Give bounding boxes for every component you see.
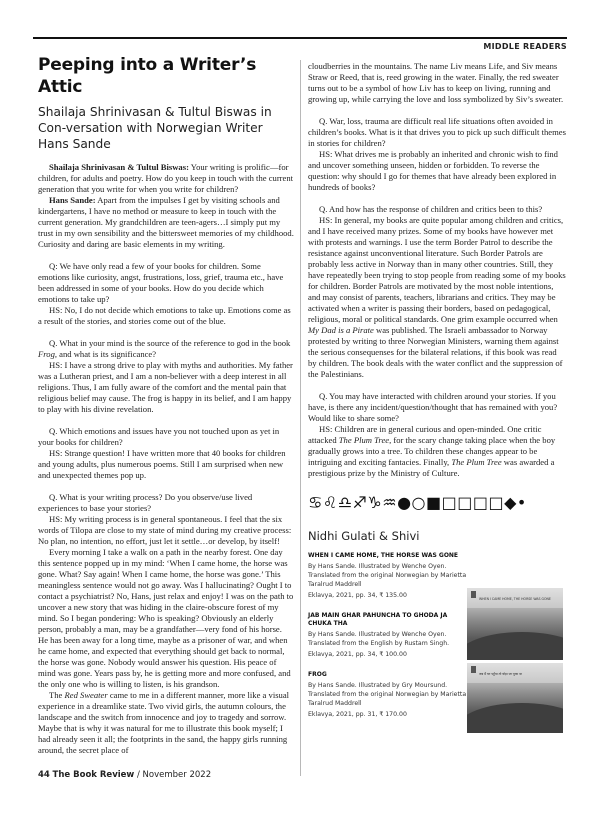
issue-date: / November 2022 <box>134 770 211 780</box>
book-entry: WHEN I CAME HOME, THE HORSE WAS GONE By … <box>308 552 468 600</box>
answer: HS: What drives me is probably an inheri… <box>308 149 566 193</box>
answer: HS: I have a strong drive to play with m… <box>38 360 294 415</box>
answer-continued: cloudberries in the mountains. The name … <box>308 61 566 105</box>
book-title: FROG <box>308 671 468 679</box>
article-body-right: cloudberries in the mountains. The name … <box>308 61 566 479</box>
question: Q. And how has the response of children … <box>308 204 566 215</box>
book-title-reference: Red Sweater <box>65 690 108 700</box>
answer: HS: Strange question! I have written mor… <box>38 448 294 481</box>
end-of-article-glyphs: ♋♌♎♐♑♒●○■□□□□◆• <box>308 493 566 513</box>
answer-continued: Every morning I take a walk on a path in… <box>38 547 294 690</box>
publisher-logo-icon <box>471 666 476 673</box>
question: Q. What is your writing process? Do you … <box>38 492 294 514</box>
question: Q: We have only read a few of your books… <box>38 261 294 305</box>
section-label: MIDDLE READERS <box>483 42 567 51</box>
reviewers-heading: Nidhi Gulati & Shivi <box>308 529 566 544</box>
cover-title: WHEN I CAME HOME, THE HORSE WAS GONE <box>479 597 551 601</box>
answer: HS: No, I do not decide which emotions t… <box>38 305 294 327</box>
book-publication: Eklavya, 2021, pp. 31, ₹ 170.00 <box>308 710 468 719</box>
question: Q. Which emotions and issues have you no… <box>38 426 294 448</box>
publisher-logo-icon <box>471 591 476 598</box>
book-credit: By Hans Sande. Illustrated by Gry Moursu… <box>308 681 468 708</box>
landscape-shape <box>467 703 563 733</box>
answer: HS: My writing process is in general spo… <box>38 514 294 547</box>
book-title-reference: Frog <box>38 349 55 359</box>
book-credit: By Hans Sande. Illustrated by Wenche Oye… <box>308 630 468 648</box>
answer-continued: The Red Sweater came to me in a differen… <box>38 690 294 756</box>
publication-name: The Book Review <box>53 770 135 780</box>
cover-title: जब मैं घर पहुँचा तो घोड़ा जा चुका था <box>479 672 522 676</box>
question: Q. War, loss, trauma are difficult real … <box>308 116 566 149</box>
book-cover-image: WHEN I CAME HOME, THE HORSE WAS GONE <box>467 588 563 660</box>
article-title: Peeping into a Writer’s Attic <box>38 54 294 98</box>
article-subtitle: Shailaja Shrinivasan & Tultul Biswas in … <box>38 104 294 152</box>
book-credit: By Hans Sande. Illustrated by Wenche Oye… <box>308 562 468 589</box>
landscape-shape <box>467 632 563 660</box>
paragraph: Hans Sande: Apart from the impulses I ge… <box>38 195 294 250</box>
book-entry: JAB MAIN GHAR PAHUNCHA TO GHODA JA CHUKA… <box>308 612 468 659</box>
book-entry: FROG By Hans Sande. Illustrated by Gry M… <box>308 671 468 719</box>
page-number: 44 <box>38 770 50 780</box>
speaker-label: Shailaja Shrinivasan & Tultul Biswas: <box>49 162 189 172</box>
book-publication: Eklavya, 2021, pp. 34, ₹ 100.00 <box>308 650 468 659</box>
book-title: WHEN I CAME HOME, THE HORSE WAS GONE <box>308 552 468 560</box>
left-column: Peeping into a Writer’s Attic Shailaja S… <box>38 54 294 756</box>
top-rule <box>33 37 567 39</box>
book-title-reference: My Dad is a Pirate <box>308 325 374 335</box>
paragraph: Shailaja Shrinivasan & Tultul Biswas: Yo… <box>38 162 294 195</box>
book-title-reference: The Plum Tree <box>451 457 501 467</box>
page-footer: 44 The Book Review / November 2022 <box>38 770 211 780</box>
article-body-left: Shailaja Shrinivasan & Tultul Biswas: Yo… <box>38 162 294 756</box>
book-title: JAB MAIN GHAR PAHUNCHA TO GHODA JA CHUKA… <box>308 612 468 628</box>
book-cover-image: जब मैं घर पहुँचा तो घोड़ा जा चुका था <box>467 663 563 733</box>
book-publication: Eklavya, 2021, pp. 34, ₹ 135.00 <box>308 591 468 600</box>
question: Q. You may have interacted with children… <box>308 391 566 424</box>
answer: HS: In general, my books are quite popul… <box>308 215 566 380</box>
magazine-page: MIDDLE READERS Peeping into a Writer’s A… <box>0 0 600 815</box>
speaker-label: Hans Sande: <box>49 195 96 205</box>
question: Q. What in your mind is the source of th… <box>38 338 294 360</box>
column-divider <box>300 60 301 776</box>
answer: HS: Children are in general curious and … <box>308 424 566 479</box>
book-title-reference: The Plum Tree <box>339 435 389 445</box>
